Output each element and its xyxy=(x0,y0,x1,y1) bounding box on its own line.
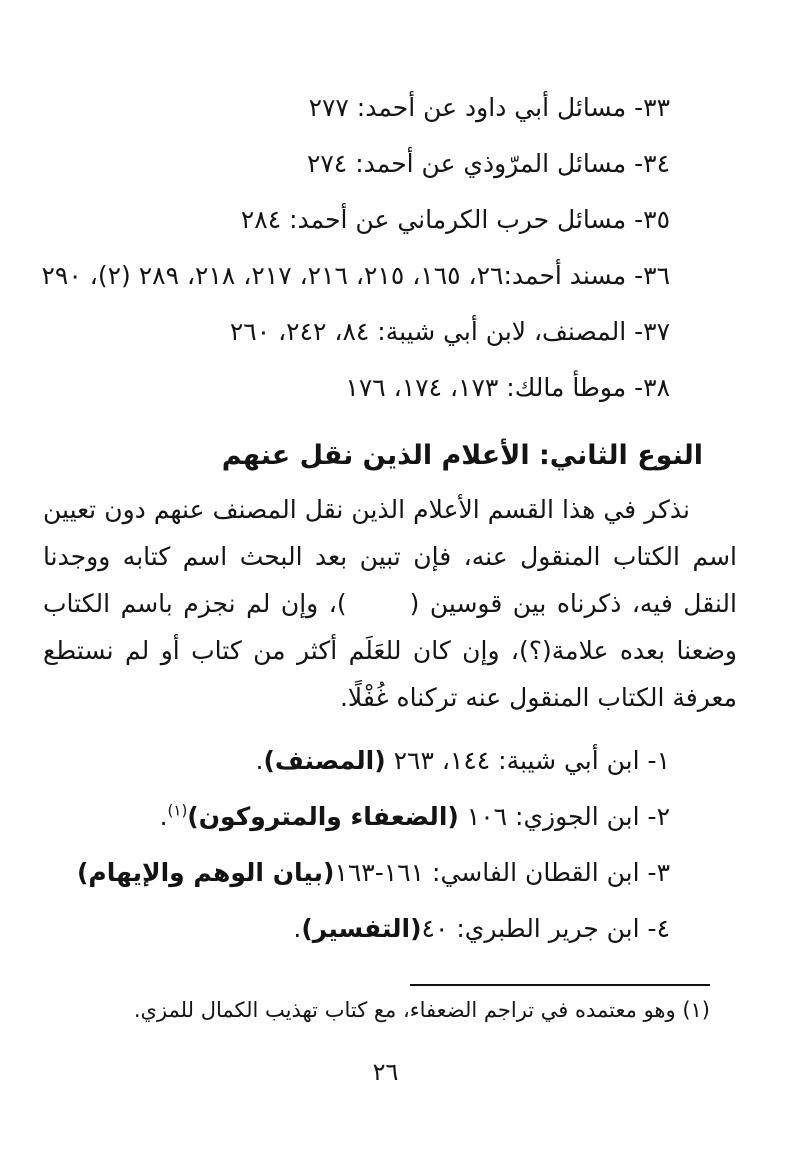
source-item-34: ٣٤- مسائل المرّوذي عن أحمد: ٢٧٤ xyxy=(0,136,670,192)
sources-list: ٣٣- مسائل أبي داود عن أحمد: ٢٧٧ ٣٤- مسائ… xyxy=(0,80,670,416)
source-item-35: ٣٥- مسائل حرب الكرماني عن أحمد: ٢٨٤ xyxy=(0,192,670,248)
source-item-37: ٣٧- المصنف، لابن أبي شيبة: ٨٤، ٢٤٢، ٢٦٠ xyxy=(0,304,670,360)
footnote-text: (١) وهو معتمده في تراجم الضعفاء، مع كتاب… xyxy=(134,994,710,1026)
source-item-36: ٣٦- مسند أحمد:٢٦، ١٦٥، ٢١٥، ٢١٦، ٢١٧، ٢١… xyxy=(0,248,670,304)
footnote-ref-marker: (١) xyxy=(168,802,188,820)
book-title: (المصنف) xyxy=(263,746,385,775)
figure-item-text: ١- ابن أبي شيبة: ١٤٤، ٢٦٣ xyxy=(386,746,670,775)
figure-item-3: ٣- ابن القطان الفاسي: ١٦١-١٦٣(بيان الوهم… xyxy=(0,845,670,901)
figures-list: ١- ابن أبي شيبة: ١٤٤، ٢٦٣ (المصنف). ٢- ا… xyxy=(0,733,670,957)
book-title: (الضعفاء والمتروكون) xyxy=(187,802,459,831)
figure-item-text: ٤- ابن جرير الطبري: ٤٠ xyxy=(422,914,670,943)
footnote-divider xyxy=(410,984,710,986)
figure-item-text: ٣- ابن القطان الفاسي: ١٦١-١٦٣ xyxy=(334,858,670,887)
book-page: ٣٣- مسائل أبي داود عن أحمد: ٢٧٧ ٣٤- مسائ… xyxy=(0,0,793,957)
book-title: (التفسير) xyxy=(301,914,421,943)
figure-item-4: ٤- ابن جرير الطبري: ٤٠(التفسير). xyxy=(0,901,670,957)
figure-item-2: ٢- ابن الجوزي: ١٠٦ (الضعفاء والمتروكون)(… xyxy=(0,789,670,845)
body-paragraph: نذكر في هذا القسم الأعلام الذين نقل المص… xyxy=(43,486,737,721)
figure-item-1: ١- ابن أبي شيبة: ١٤٤، ٢٦٣ (المصنف). xyxy=(0,733,670,789)
book-title: (بيان الوهم والإيهام) xyxy=(77,858,334,887)
source-item-33: ٣٣- مسائل أبي داود عن أحمد: ٢٧٧ xyxy=(0,80,670,136)
figure-item-period: . xyxy=(160,802,168,831)
section-heading: النوع الثاني: الأعلام الذين نقل عنهم xyxy=(0,436,703,476)
page-number: ٢٦ xyxy=(0,1058,771,1086)
source-item-38: ٣٨- موطأ مالك: ١٧٣، ١٧٤، ١٧٦ xyxy=(0,360,670,416)
figure-item-text: ٢- ابن الجوزي: ١٠٦ xyxy=(459,802,670,831)
